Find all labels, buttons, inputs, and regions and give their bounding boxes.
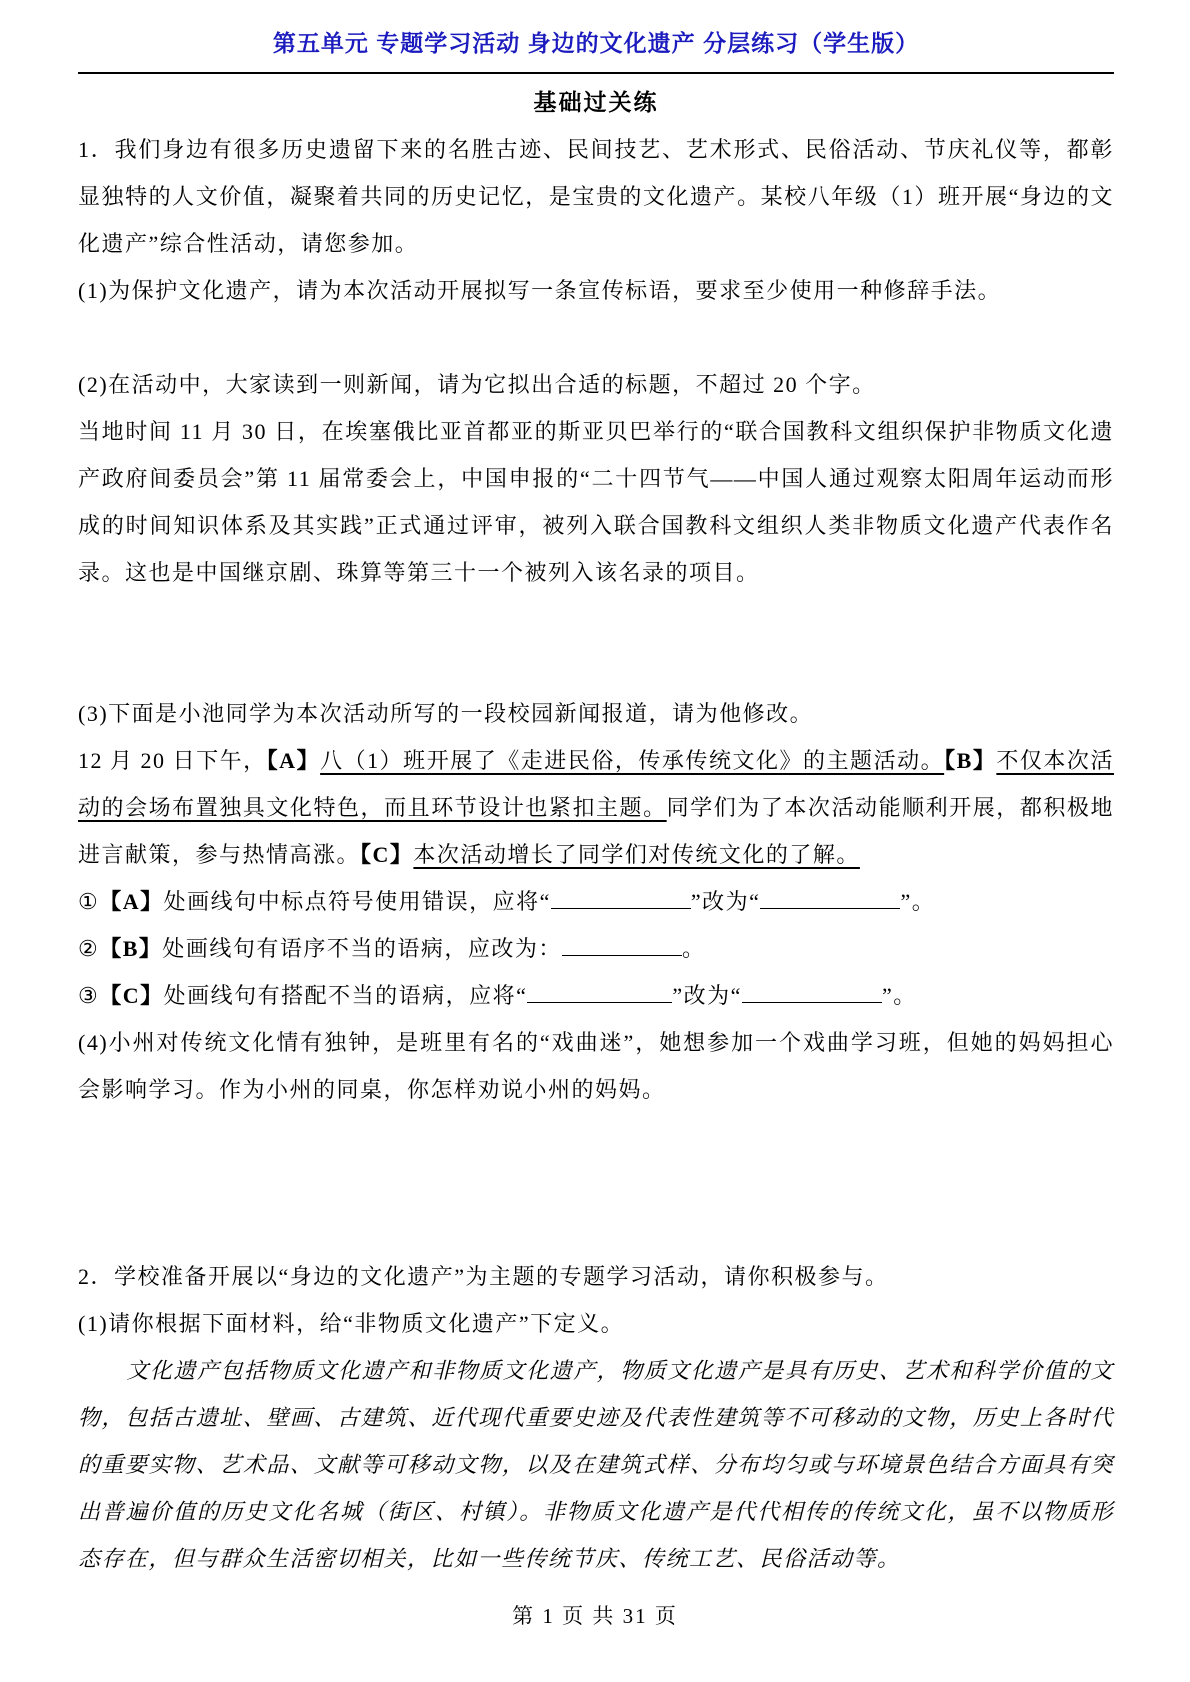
edit3-text-after: ”。 [882, 983, 917, 1008]
answer-blank [527, 977, 672, 1003]
bracket-b-label: 【B】 [99, 936, 162, 961]
q1-edit-item-3: ③【C】处画线句有搭配不当的语病，应将“”改为“”。 [78, 972, 1114, 1019]
q1-edit-item-1: ①【A】处画线句中标点符号使用错误，应将“”改为“”。 [78, 878, 1114, 925]
edit1-text-between: ”改为“ [691, 889, 761, 914]
edit1-text-before: 处画线句中标点符号使用错误，应将“ [164, 889, 551, 914]
edit2-text-before: 处画线句有语序不当的语病，应改为： [162, 936, 562, 961]
answer-blank [551, 883, 691, 909]
title-divider [78, 72, 1114, 74]
bracket-a-label: 【A】 [99, 889, 163, 914]
answer-space [78, 596, 1114, 690]
q1-part3: (3)下面是小池同学为本次活动所写的一段校园新闻报道，请为他修改。 [78, 690, 1114, 737]
q2-stem: 2．学校准备开展以“身边的文化遗产”为主题的专题学习活动，请你积极参与。 [78, 1253, 1114, 1300]
section-heading: 基础过关练 [78, 84, 1114, 120]
q1-edit-item-2: ②【B】处画线句有语序不当的语病，应改为：。 [78, 925, 1114, 972]
q1-part2: (2)在活动中，大家读到一则新闻，请为它拟出合适的标题，不超过 20 个字。 [78, 361, 1114, 408]
q1-part1: (1)为保护文化遗产，请为本次活动开展拟写一条宣传标语，要求至少使用一种修辞手法… [78, 267, 1114, 314]
bracket-b-label: 【B】 [944, 748, 996, 773]
answer-blank [742, 977, 882, 1003]
answer-blank [562, 930, 682, 956]
report-lead: 12 月 20 日下午， [78, 748, 267, 773]
edit1-text-after: ”。 [900, 889, 935, 914]
item-number: ① [78, 889, 99, 914]
item-number: ② [78, 936, 99, 961]
answer-space [78, 1113, 1114, 1253]
answer-blank [760, 883, 900, 909]
bracket-c-label: 【C】 [99, 983, 163, 1008]
q1-news-material: 当地时间 11 月 30 日，在埃塞俄比亚首都亚的斯亚贝巴举行的“联合国教科文组… [78, 408, 1114, 596]
bracket-c-label: 【C】 [360, 842, 413, 867]
q2-part1: (1)请你根据下面材料，给“非物质文化遗产”下定义。 [78, 1300, 1114, 1347]
item-number: ③ [78, 983, 99, 1008]
q1-part4: (4)小州对传统文化情有独钟，是班里有名的“戏曲迷”，她想参加一个戏曲学习班，但… [78, 1019, 1114, 1113]
doc-title: 第五单元 专题学习活动 身边的文化遗产 分层练习（学生版） [78, 26, 1114, 60]
answer-space [78, 314, 1114, 361]
worksheet-page: 第五单元 专题学习活动 身边的文化遗产 分层练习（学生版） 基础过关练 1．我们… [0, 0, 1190, 1682]
q2-material: 文化遗产包括物质文化遗产和非物质文化遗产，物质文化遗产是具有历史、艺术和科学价值… [78, 1347, 1114, 1582]
edit2-text-after: 。 [682, 936, 706, 961]
underlined-sentence-c: 本次活动增长了同学们对传统文化的了解。 [413, 842, 860, 867]
bracket-a-label: 【A】 [267, 748, 320, 773]
q1-report: 12 月 20 日下午，【A】八（1）班开展了《走进民俗，传承传统文化》的主题活… [78, 737, 1114, 878]
edit3-text-between: ”改为“ [672, 983, 742, 1008]
edit3-text-before: 处画线句有搭配不当的语病，应将“ [164, 983, 528, 1008]
underlined-sentence-a: 八（1）班开展了《走进民俗，传承传统文化》的主题活动。 [320, 748, 944, 773]
q1-stem: 1．我们身边有很多历史遗留下来的名胜古迹、民间技艺、艺术形式、民俗活动、节庆礼仪… [78, 126, 1114, 267]
page-number: 第 1 页 共 31 页 [0, 1600, 1190, 1630]
